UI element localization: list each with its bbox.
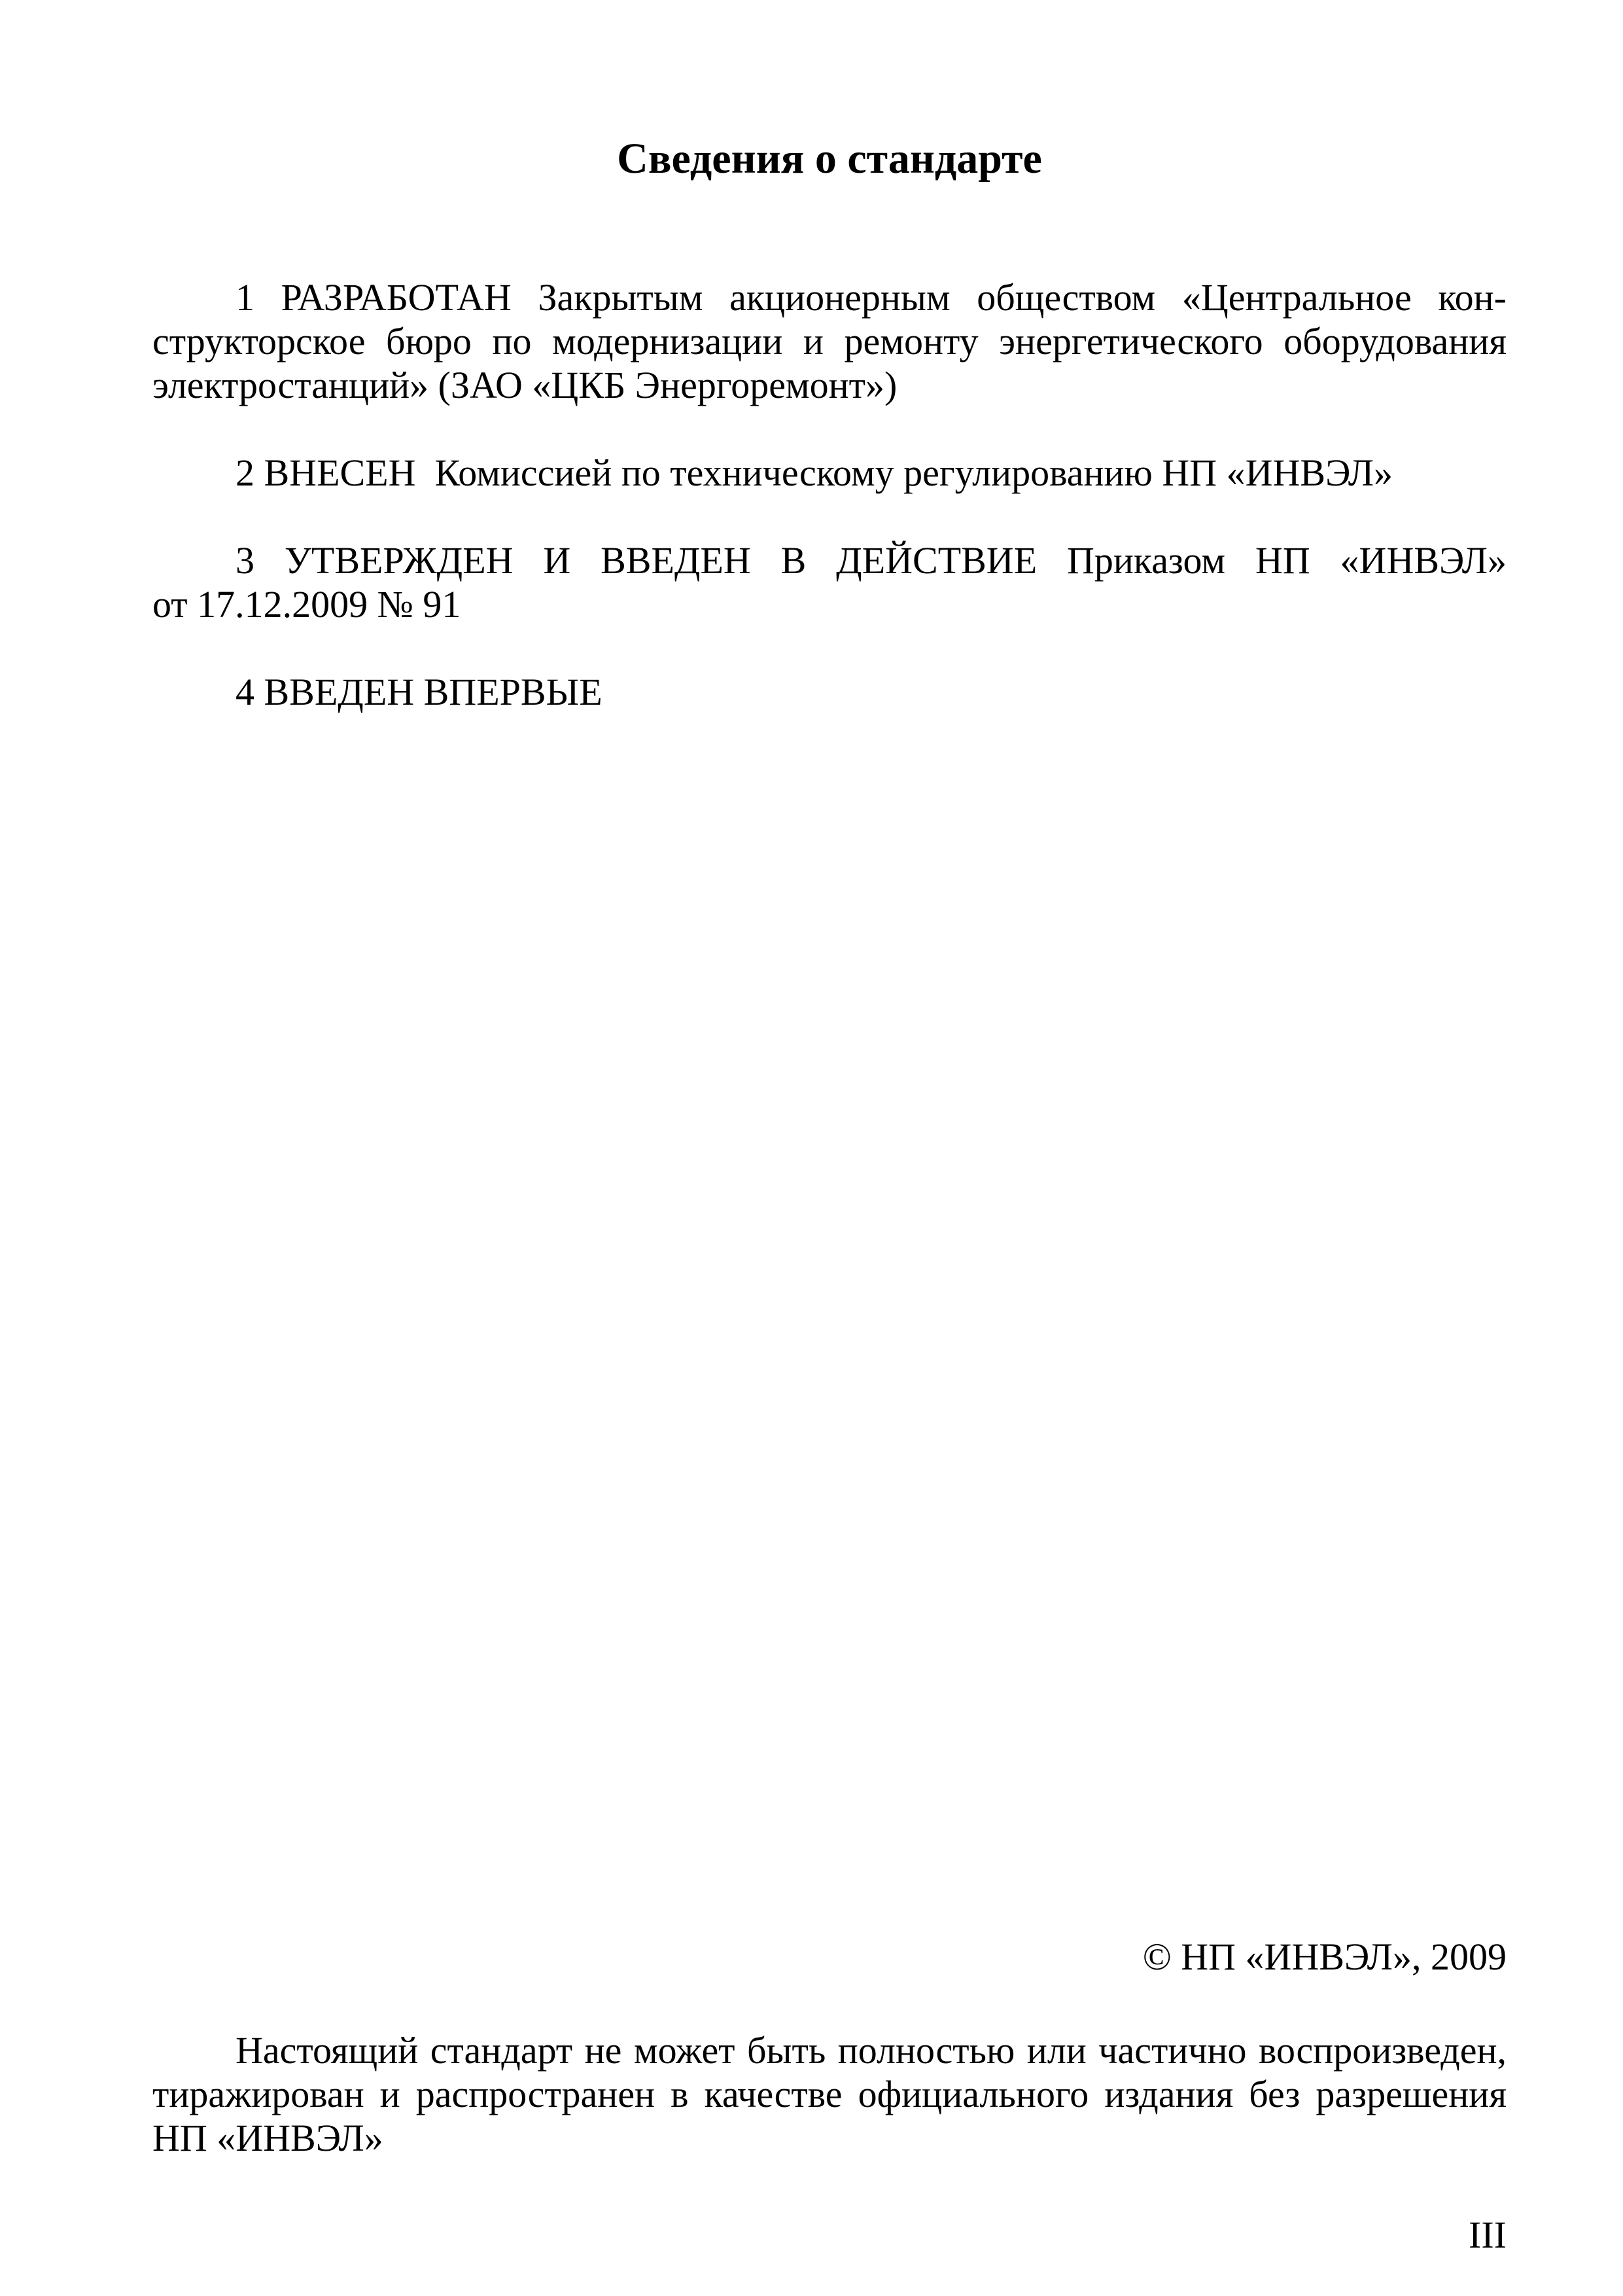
- text-line: 2 ВНЕСЕН Комиссией по техническому регул…: [152, 451, 1507, 495]
- paragraph-approved: 3 УТВЕРЖДЕН И ВВЕДЕН В ДЕЙСТВИЕ Приказом…: [152, 539, 1507, 626]
- text-line: структорское бюро по модернизации и ремо…: [152, 319, 1507, 363]
- text-line: Настоящий стандарт не может быть полност…: [152, 2028, 1507, 2072]
- text-line: 3 УТВЕРЖДЕН И ВВЕДЕН В ДЕЙСТВИЕ Приказом…: [152, 539, 1507, 582]
- text-line: от 17.12.2009 № 91: [152, 582, 1507, 626]
- text-line: тиражирован и распространен в качестве о…: [152, 2072, 1507, 2116]
- text-line: 4 ВВЕДЕН ВПЕРВЫЕ: [152, 670, 1507, 714]
- page-title: Сведения о стандарте: [152, 133, 1507, 185]
- document-page: Сведения о стандарте 1 РАЗРАБОТАН Закрыт…: [0, 0, 1623, 2296]
- standard-info-paragraphs: 1 РАЗРАБОТАН Закрытым акционерным общест…: [152, 275, 1507, 714]
- paragraph-submitted: 2 ВНЕСЕН Комиссией по техническому регул…: [152, 451, 1507, 495]
- paragraph-developed: 1 РАЗРАБОТАН Закрытым акционерным общест…: [152, 275, 1507, 407]
- copyright-notice: © НП «ИНВЭЛ», 2009: [152, 1935, 1507, 1979]
- text-line: электростанций» (ЗАО «ЦКБ Энергоремонт»): [152, 363, 1507, 407]
- text-line: НП «ИНВЭЛ»: [152, 2116, 1507, 2160]
- text-line: 1 РАЗРАБОТАН Закрытым акционерным общест…: [152, 275, 1507, 319]
- page-number: III: [152, 2213, 1507, 2257]
- paragraph-introduced: 4 ВВЕДЕН ВПЕРВЫЕ: [152, 670, 1507, 714]
- reproduction-restriction-block: Настоящий стандарт не может быть полност…: [152, 2028, 1507, 2160]
- paragraph-reproduction-restriction: Настоящий стандарт не может быть полност…: [152, 2028, 1507, 2160]
